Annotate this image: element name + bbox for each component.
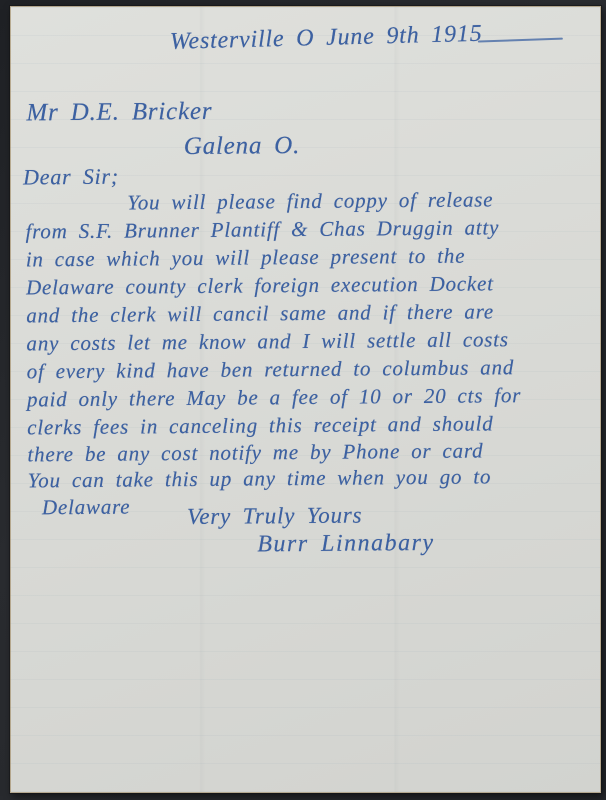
body-line: clerks fees in canceling this receipt an… — [27, 411, 493, 440]
body-line: paid only there May be a fee of 10 or 20… — [27, 383, 521, 412]
closing: Very Truly Yours — [187, 503, 363, 531]
body-line: any costs let me know and I will settle … — [26, 327, 509, 356]
body-line: You will please find coppy of release — [127, 187, 493, 215]
body-line: from S.F. Brunner Plantiff & Chas Druggi… — [25, 215, 499, 244]
body-line: and the clerk will cancil same and if th… — [26, 299, 494, 328]
body-line: in case which you will please present to… — [26, 244, 466, 273]
body-line: Delaware county clerk foreign execution … — [26, 271, 494, 300]
letter-page: Westerville O June 9th 1915 Mr D.E. Bric… — [10, 6, 601, 793]
recipient-place: Galena O. — [184, 132, 301, 161]
salutation: Dear Sir; — [23, 164, 119, 191]
body-line: there be any cost notify me by Phone or … — [27, 438, 483, 467]
dateline: Westerville O June 9th 1915 — [170, 21, 483, 56]
signature: Burr Linnabary — [257, 530, 435, 559]
body-line: You can take this up any time when you g… — [28, 464, 492, 493]
handwriting-layer: Westerville O June 9th 1915 Mr D.E. Bric… — [8, 4, 604, 794]
dateline-flourish — [478, 38, 563, 43]
body-line: Delaware — [42, 495, 131, 521]
body-line: of every kind have ben returned to colum… — [27, 355, 515, 384]
recipient-name: Mr D.E. Bricker — [26, 98, 212, 128]
